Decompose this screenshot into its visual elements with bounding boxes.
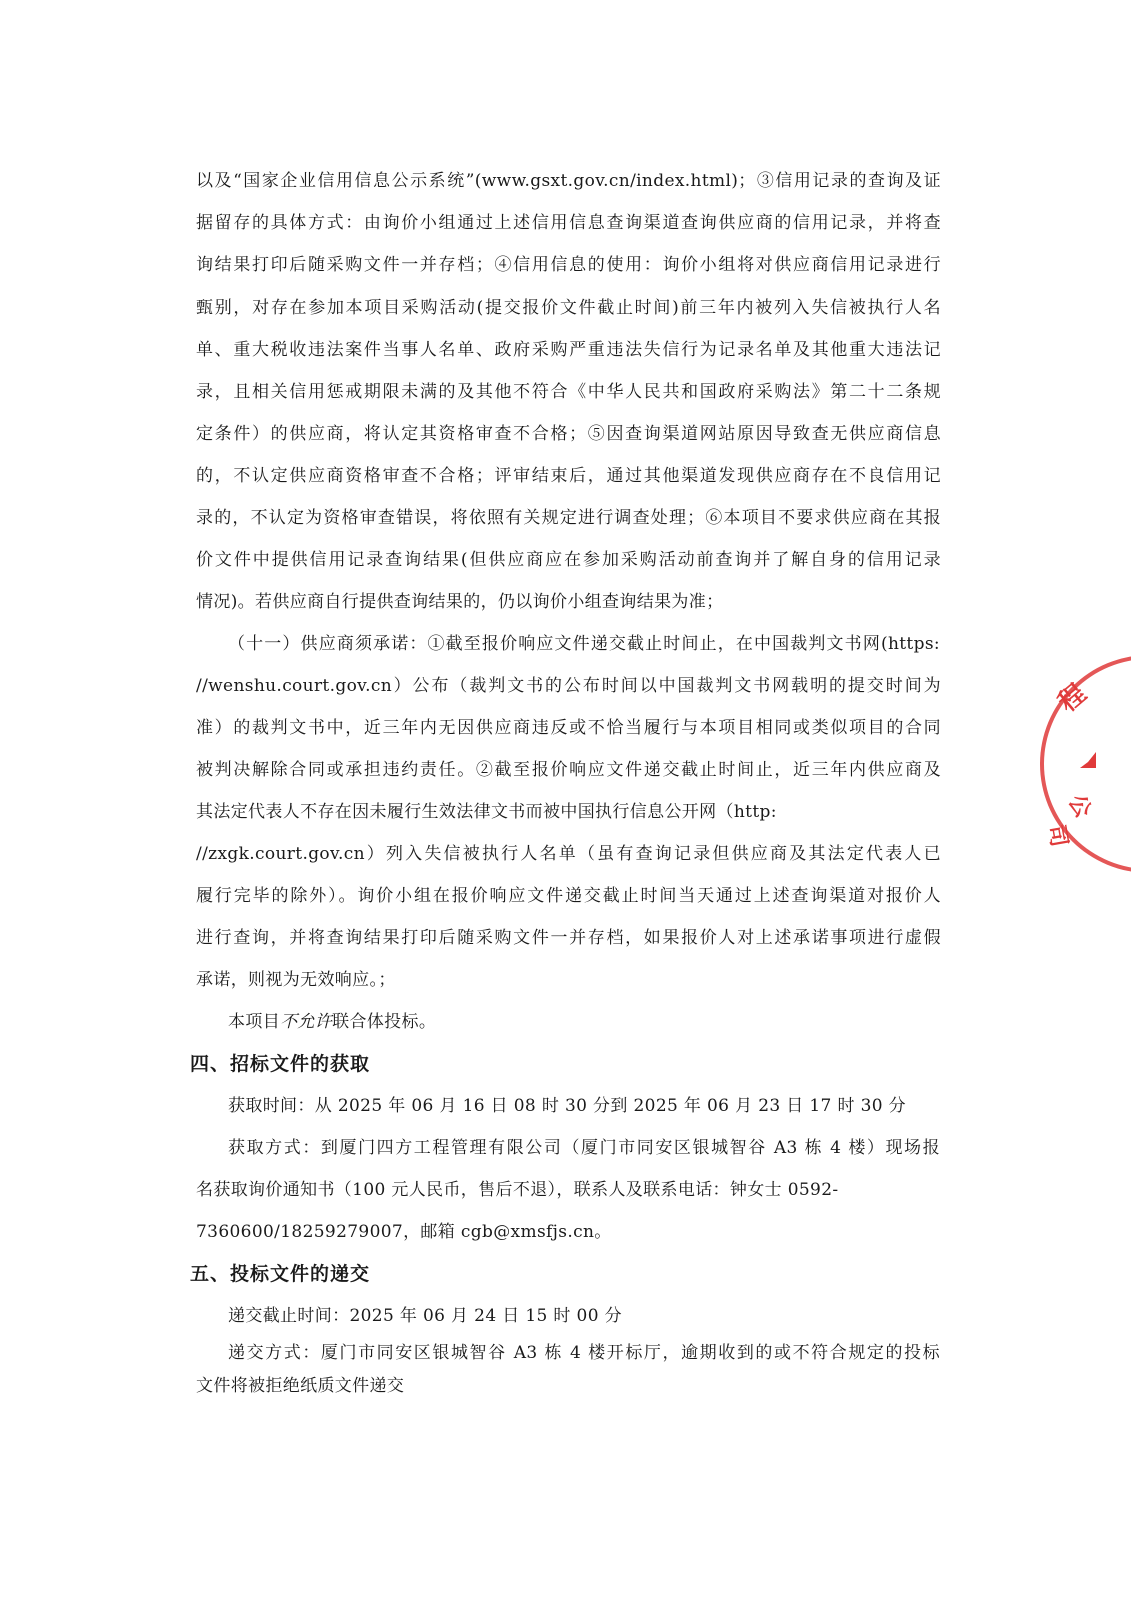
document-page: 以及“国家企业信用信息公示系统”(www.gsxt.gov.cn/index.h… <box>0 0 1131 1600</box>
seal-star-fragment-icon <box>1080 752 1096 768</box>
clause-11-line: 准）的裁判文书中，近三年内无因供应商违反或不恰当履行与本项目相同或类似项目的合同 <box>196 717 941 739</box>
paragraph-line: 据留存的具体方式：由询价小组通过上述信用信息查询渠道查询供应商的信用记录，并将查 <box>196 212 941 234</box>
paragraph-line: 以及“国家企业信用信息公示系统”(www.gsxt.gov.cn/index.h… <box>196 170 941 192</box>
consortium-statement: 本项目不允许联合体投标。 <box>228 1011 940 1033</box>
section-4-heading: 四、招标文件的获取 <box>190 1052 370 1076</box>
clause-11-line: 进行查询，并将查询结果打印后随采购文件一并存档，如果报价人对上述承诺事项进行虚假 <box>196 927 941 949</box>
paragraph-line: 情况)。若供应商自行提供查询结果的，仍以询价小组查询结果为准； <box>196 591 941 613</box>
consortium-not-allowed: 不允许 <box>280 1012 332 1032</box>
consortium-suffix: 联合体投标。 <box>332 1012 436 1032</box>
acquisition-method-line: 名获取询价通知书（100 元人民币，售后不退），联系人及联系电话：钟女士 059… <box>196 1179 941 1201</box>
paragraph-line: 的，不认定供应商资格审查不合格；评审结束后，通过其他渠道发现供应商存在不良信用记 <box>196 465 941 487</box>
submission-deadline: 递交截止时间：2025 年 06 月 24 日 15 时 00 分 <box>228 1305 940 1327</box>
acquisition-time: 获取时间：从 2025 年 06 月 16 日 08 时 30 分到 2025 … <box>228 1095 940 1117</box>
section-5-heading: 五、投标文件的递交 <box>190 1262 370 1286</box>
paragraph-line: 甄别，对存在参加本项目采购活动(提交报价文件截止时间)前三年内被列入失信被执行人… <box>196 297 941 319</box>
acquisition-method-line: 7360600/18259279007，邮箱 cgb@xmsfjs.cn。 <box>196 1221 941 1243</box>
paragraph-line: 录的，不认定为资格审查错误，将依照有关规定进行调查处理；⑥本项目不要求供应商在其… <box>196 507 941 529</box>
paragraph-line: 定条件）的供应商，将认定其资格审查不合格；⑤因查询渠道网站原因导致查无供应商信息 <box>196 423 941 445</box>
clause-11-line: //zxgk.court.gov.cn）列入失信被执行人名单（虽有查询记录但供应… <box>196 843 941 865</box>
seal-char: 司 <box>1042 822 1076 849</box>
paragraph-line: 录，且相关信用惩戒期限未满的及其他不符合《中华人民共和国政府采购法》第二十二条规 <box>196 381 941 403</box>
acquisition-method-line: 获取方式：到厦门四方工程管理有限公司（厦门市同安区银城智谷 A3 栋 4 楼）现… <box>228 1137 940 1159</box>
paragraph-line: 单、重大税收违法案件当事人名单、政府采购严重违法失信行为记录名单及其他重大违法记 <box>196 339 941 361</box>
paragraph-line: 询结果打印后随采购文件一并存档；④信用信息的使用：询价小组将对供应商信用记录进行 <box>196 254 941 276</box>
clause-11-line: 承诺，则视为无效响应。； <box>196 969 941 991</box>
clause-11-line: //wenshu.court.gov.cn）公布（裁判文书的公布时间以中国裁判文… <box>196 675 941 697</box>
consortium-prefix: 本项目 <box>228 1012 280 1032</box>
paragraph-line: 价文件中提供信用记录查询结果(但供应商应在参加采购活动前查询并了解自身的信用记录 <box>196 549 941 571</box>
clause-11-line: （十一）供应商须承诺：①截至报价响应文件递交截止时间止，在中国裁判文书网(htt… <box>228 633 940 655</box>
clause-11-line: 被判决解除合同或承担违约责任。②截至报价响应文件递交截止时间止，近三年内供应商及 <box>196 759 941 781</box>
submission-method-line: 文件将被拒绝纸质文件递交 <box>196 1375 941 1397</box>
submission-method-line: 递交方式：厦门市同安区银城智谷 A3 栋 4 楼开标厅，逾期收到的或不符合规定的… <box>228 1342 940 1364</box>
clause-11-line: 履行完毕的除外）。询价小组在报价响应文件递交截止时间当天通过上述查询渠道对报价人 <box>196 885 941 907</box>
clause-11-line: 其法定代表人不存在因未履行生效法律文书而被中国执行信息公开网（http: <box>196 801 941 823</box>
